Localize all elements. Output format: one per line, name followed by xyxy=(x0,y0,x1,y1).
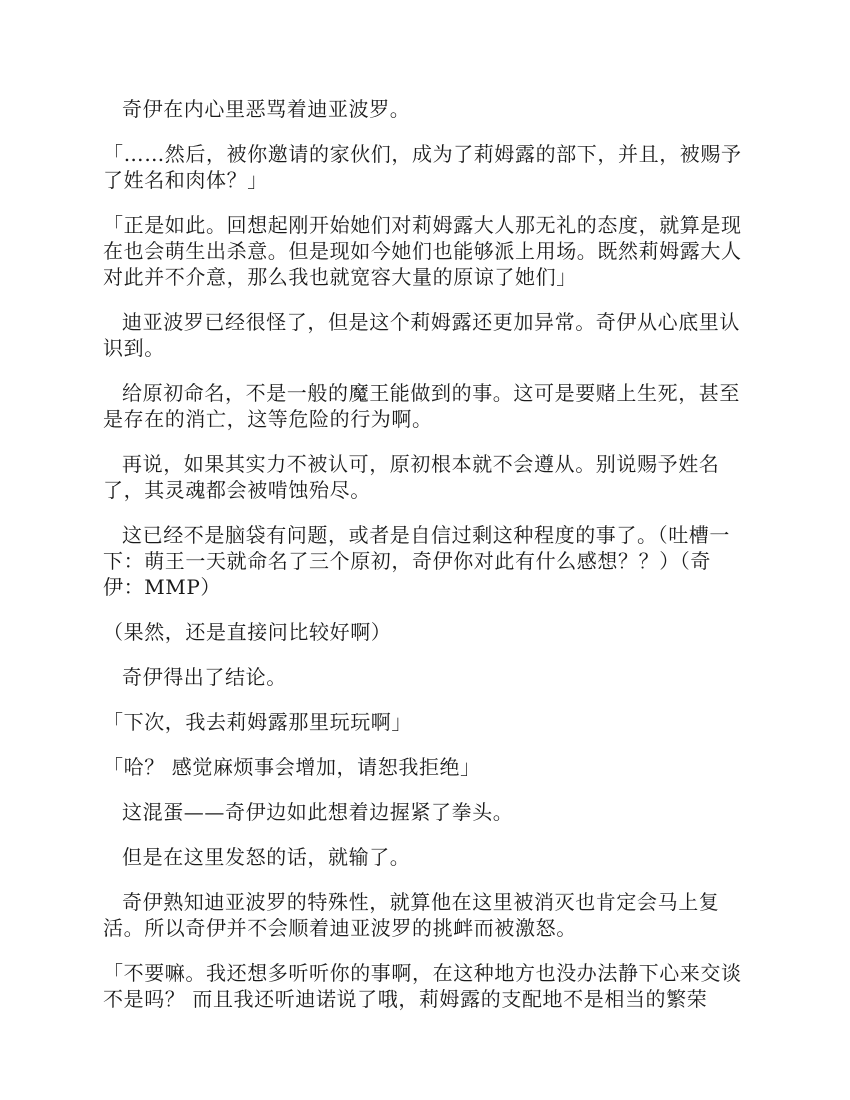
paragraph: 奇伊熟知迪亚波罗的特殊性，就算他在这里被消灭也肯定会马上复活。所以奇伊并不会顺着… xyxy=(103,889,749,941)
paragraph: 「正是如此。回想起刚开始她们对莉姆露大人那无礼的态度，就算是现在也会萌生出杀意。… xyxy=(103,212,749,290)
paragraph: 迪亚波罗已经很怪了，但是这个莉姆露还更加异常。奇伊从心底里认识到。 xyxy=(103,309,749,361)
paragraph: 这已经不是脑袋有问题，或者是自信过剩这种程度的事了。（吐槽一下：萌王一天就命名了… xyxy=(103,522,749,600)
paragraph: 「哈？ 感觉麻烦事会增加，请恕我拒绝」 xyxy=(103,754,749,780)
paragraph: 但是在这里发怒的话，就输了。 xyxy=(103,844,749,870)
document-page: 奇伊在内心里恶骂着迪亚波罗。 「……然后，被你邀请的家伙们，成为了莉姆露的部下，… xyxy=(103,96,749,1031)
paragraph: 给原初命名，不是一般的魔王能做到的事。这可是要赌上生死，甚至是存在的消亡，这等危… xyxy=(103,380,749,432)
paragraph: 这混蛋——奇伊边如此想着边握紧了拳头。 xyxy=(103,799,749,825)
paragraph: 「不要嘛。我还想多听听你的事啊，在这种地方也没办法静下心来交谈不是吗？ 而且我还… xyxy=(103,960,749,1012)
paragraph: 奇伊得出了结论。 xyxy=(103,664,749,690)
paragraph: 奇伊在内心里恶骂着迪亚波罗。 xyxy=(103,96,749,122)
paragraph: （果然，还是直接问比较好啊） xyxy=(103,619,749,645)
paragraph: 「……然后，被你邀请的家伙们，成为了莉姆露的部下，并且，被赐予了姓名和肉体？」 xyxy=(103,141,749,193)
paragraph: 再说，如果其实力不被认可，原初根本就不会遵从。别说赐予姓名了，其灵魂都会被啃蚀殆… xyxy=(103,451,749,503)
paragraph: 「下次，我去莉姆露那里玩玩啊」 xyxy=(103,709,749,735)
